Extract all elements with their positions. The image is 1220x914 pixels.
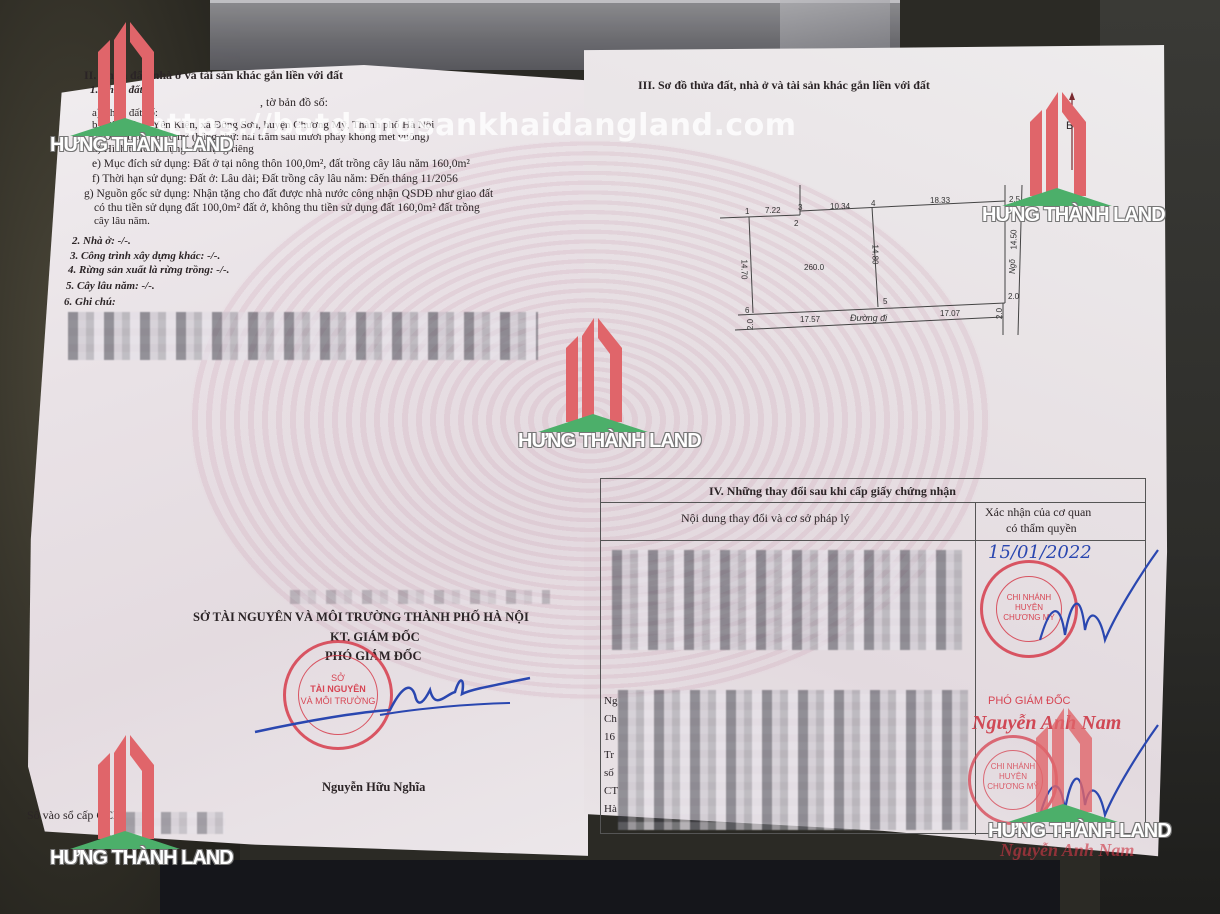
edge-middle: 14.80 <box>871 244 880 264</box>
changes-table-header: Nội dung thay đổi và cơ sở pháp lý Xác n… <box>601 503 1145 541</box>
row-prefix: 16 <box>604 728 618 746</box>
row-prefix: Ng <box>604 692 618 710</box>
logo-mark-icon <box>1026 708 1102 812</box>
row-prefixes: Ng Ch 16 Tr số CT Hà <box>604 692 618 818</box>
brand-logo-bottom-right: HƯNG THÀNH LAND <box>988 708 1138 848</box>
item-notes: 6. Ghi chú: <box>64 296 116 310</box>
changes-table-title-row: IV. Những thay đổi sau khi cấp giấy chứn… <box>601 479 1145 503</box>
redacted-date-left <box>290 590 550 604</box>
item-planted-forest: 4. Rừng sản xuất là rừng trồng: -/-. <box>68 264 229 278</box>
item-perennial-trees: 5. Cây lâu năm: -/-. <box>66 280 155 294</box>
logo-mark-icon <box>88 735 164 839</box>
edge-6-5: 17.57 <box>800 315 820 324</box>
row-prefix: Hà <box>604 800 618 818</box>
point-1: 1 <box>745 207 749 216</box>
redacted-change-details <box>618 690 968 830</box>
brand-name: HƯNG THÀNH LAND <box>988 820 1148 843</box>
logo-mark-icon <box>88 22 164 126</box>
brand-logo-top-right: HƯNG THÀNH LAND <box>982 92 1132 232</box>
item-other-construction: 3. Công trình xây dựng khác: -/-. <box>70 250 220 264</box>
edge-offset-bottom-left: 2.0 <box>746 319 755 330</box>
edge-1-2: 7.22 <box>765 206 781 215</box>
redacted-change-content <box>612 550 962 650</box>
point-5: 5 <box>883 297 887 306</box>
edge-3-4: 10.34 <box>830 202 850 211</box>
watermark-url: https://batdongsankhaidangland.com <box>145 108 797 143</box>
usage-origin-line1: g) Nguồn gốc sử dụng: Nhận tặng cho đất … <box>84 187 493 201</box>
usage-term: f) Thời hạn sử dụng: Đất ở: Lâu dài; Đất… <box>92 172 458 186</box>
edge-5-end: 17.07 <box>940 309 960 318</box>
logo-mark-icon <box>1020 92 1096 196</box>
alley-label: Ngõ <box>1008 259 1017 274</box>
row-prefix: Ch <box>604 710 618 728</box>
signature-left <box>250 670 550 750</box>
point-3: 3 <box>798 203 802 212</box>
redacted-notes <box>68 312 538 360</box>
edge-right: 14.50 <box>1010 229 1019 249</box>
column-header-content: Nội dung thay đổi và cơ sở pháp lý <box>681 511 850 526</box>
edge-offset-right: 2.0 <box>1008 292 1019 301</box>
signer-title-right: PHÓ GIÁM ĐỐC <box>988 695 1098 709</box>
changes-title: IV. Những thay đổi sau khi cấp giấy chứn… <box>709 484 956 499</box>
brand-logo-center: HƯNG THÀNH LAND <box>518 318 668 458</box>
row-prefix: số <box>604 764 618 782</box>
brand-name: HƯNG THÀNH LAND <box>518 430 678 453</box>
point-6: 6 <box>745 306 749 315</box>
edge-offset-bottom-right: 2.0 <box>995 308 1004 319</box>
point-2: 2 <box>794 219 798 228</box>
parcel-area-label: 260.0 <box>804 263 824 272</box>
point-4: 4 <box>871 199 875 208</box>
row-prefix: CT <box>604 782 618 800</box>
edge-4-end: 18.33 <box>930 196 950 205</box>
section-iii-title: III. Sơ đồ thửa đất, nhà ở và tài sản kh… <box>638 78 930 93</box>
item-house: 2. Nhà ở: -/-. <box>72 235 131 249</box>
road-label: Đường đi <box>850 313 887 323</box>
signature-right-top <box>1030 545 1160 645</box>
signer-name-left: Nguyễn Hữu Nghĩa <box>322 780 425 796</box>
row-prefix: Tr <box>604 746 618 764</box>
brand-name: HƯNG THÀNH LAND <box>50 134 210 157</box>
brand-name: HƯNG THÀNH LAND <box>982 204 1142 227</box>
column-header-confirm-line1: Xác nhận của cơ quan <box>985 505 1091 520</box>
brand-name: HƯNG THÀNH LAND <box>50 847 210 870</box>
column-header-confirm-line2: có thẩm quyền <box>1006 521 1077 536</box>
usage-origin-line2: có thu tiền sử dụng đất 100,0m² đất ở, k… <box>94 201 480 215</box>
issuing-agency: SỞ TÀI NGUYÊN VÀ MÔI TRƯỜNG THÀNH PHỐ HÀ… <box>193 610 529 626</box>
edge-left: 14.70 <box>740 259 749 279</box>
brand-logo-bottom-left: HƯNG THÀNH LAND <box>50 735 200 875</box>
brand-logo-top-left: HƯNG THÀNH LAND <box>50 22 200 162</box>
usage-origin-line3: cây lâu năm. <box>94 215 150 229</box>
logo-mark-icon <box>556 318 632 422</box>
background-bottom <box>160 860 1060 914</box>
